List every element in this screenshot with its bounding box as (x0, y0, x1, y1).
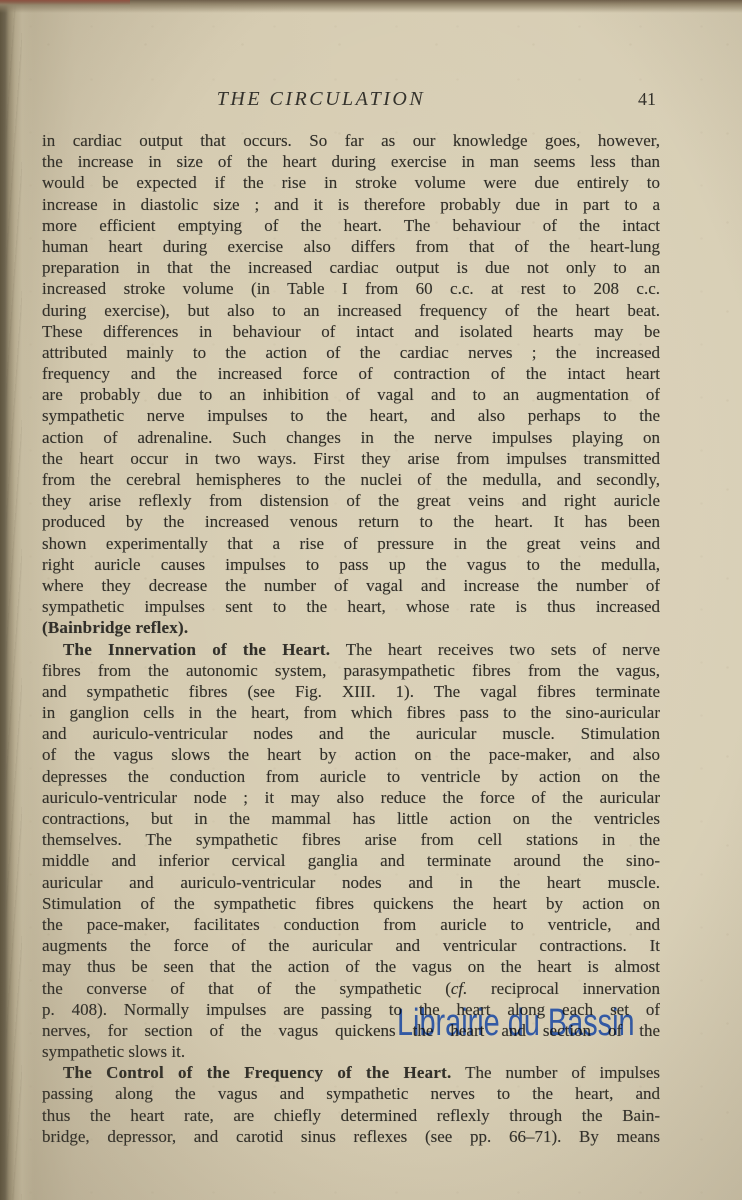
text-line: bridge, depressor, and carotid sinus ref… (42, 1126, 660, 1147)
text-segment: (Bainbridge reflex). (42, 618, 188, 637)
text-line: (Bainbridge reflex). (42, 617, 660, 638)
text-line: attributed mainly to the action of the c… (42, 342, 660, 363)
text-segment: fibres from the autonomic system, parasy… (42, 661, 660, 680)
text-line: action of adrenaline. Such changes in th… (42, 427, 660, 448)
text-line: shown experimentally that a rise of pres… (42, 533, 660, 554)
text-segment: cf. (451, 979, 468, 998)
text-line: auricular and auriculo-ventricular nodes… (42, 872, 660, 893)
text-segment: of the vagus slows the heart by action o… (42, 745, 660, 764)
text-line: may thus be seen that the action of the … (42, 956, 660, 977)
text-line: more efficient emptying of the heart. Th… (42, 215, 660, 236)
text-segment: frequency and the increased force of con… (42, 364, 660, 383)
text-segment: preparation in that the increased cardia… (42, 258, 660, 277)
text-segment: in cardiac output that occurs. So far as… (42, 131, 660, 150)
page-number: 41 (638, 89, 656, 110)
text-segment: contractions, but in the mammal has litt… (42, 809, 660, 828)
text-line: sympathetic impulses sent to the heart, … (42, 596, 660, 617)
text-line: The Control of the Frequency of the Hear… (42, 1062, 660, 1083)
text-segment: shown experimentally that a rise of pres… (42, 534, 660, 553)
text-segment: middle and inferior cervical ganglia and… (42, 851, 660, 870)
text-line: sympathetic nerve impulses to the heart,… (42, 405, 660, 426)
text-line: the increase in size of the heart during… (42, 151, 660, 172)
text-line: augments the force of the auricular and … (42, 935, 660, 956)
text-line: would be expected if the rise in stroke … (42, 172, 660, 193)
text-line: The Innervation of the Heart. The heart … (42, 639, 660, 660)
text-line: the heart occur in two ways. First they … (42, 448, 660, 469)
text-line: depresses the conduction from auricle to… (42, 766, 660, 787)
text-segment: themselves. The sympathetic fibres arise… (42, 830, 660, 849)
text-line: from the cerebral hemispheres to the nuc… (42, 469, 660, 490)
text-segment: human heart during exercise also differs… (42, 237, 660, 256)
text-segment: produced by the increased venous return … (42, 512, 660, 531)
text-segment: action of adrenaline. Such changes in th… (42, 428, 660, 447)
text-line: contractions, but in the mammal has litt… (42, 808, 660, 829)
text-line: frequency and the increased force of con… (42, 363, 660, 384)
text-line: thus the heart rate, are chiefly determi… (42, 1105, 660, 1126)
text-segment: The number of impulses (451, 1063, 660, 1082)
text-segment: more efficient emptying of the heart. Th… (42, 216, 660, 235)
text-segment: from the cerebral hemispheres to the nuc… (42, 470, 660, 489)
text-line: middle and inferior cervical ganglia and… (42, 850, 660, 871)
text-line: fibres from the autonomic system, parasy… (42, 660, 660, 681)
paragraph-control-of-frequency: The Control of the Frequency of the Hear… (42, 1062, 660, 1147)
text-segment: bridge, depressor, and carotid sinus ref… (42, 1127, 660, 1146)
text-segment: the increase in size of the heart during… (42, 152, 660, 171)
text-segment: The Innervation of the Heart. (63, 640, 330, 659)
text-segment: sympathetic impulses sent to the heart, … (42, 597, 660, 616)
text-segment: The heart receives two sets of nerve (330, 640, 660, 659)
text-segment: These differences in behaviour of intact… (42, 322, 660, 341)
paragraph-cardiac-output: in cardiac output that occurs. So far as… (42, 130, 660, 639)
text-segment: the converse of that of the sympathetic … (42, 979, 451, 998)
text-line: Stimulation of the sympathetic fibres qu… (42, 893, 660, 914)
text-segment: auricular and auriculo-ventricular nodes… (42, 873, 660, 892)
text-segment: in ganglion cells in the heart, from whi… (42, 703, 660, 722)
text-line: during exercise), but also to an increas… (42, 300, 660, 321)
book-page-photo: THE CIRCULATION 41 in cardiac output tha… (0, 0, 742, 1200)
text-segment: The Control of the Frequency of the Hear… (63, 1063, 451, 1082)
text-segment: thus the heart rate, are chiefly determi… (42, 1106, 660, 1125)
text-line: themselves. The sympathetic fibres arise… (42, 829, 660, 850)
text-segment: they arise reflexly from distension of t… (42, 491, 660, 510)
text-line: preparation in that the increased cardia… (42, 257, 660, 278)
text-segment: the heart occur in two ways. First they … (42, 449, 660, 468)
text-segment: the pace-maker, facilitates conduction f… (42, 915, 660, 934)
paragraph-innervation-of-the-heart: The Innervation of the Heart. The heart … (42, 639, 660, 1063)
text-segment: may thus be seen that the action of the … (42, 957, 660, 976)
page-content: THE CIRCULATION 41 in cardiac output tha… (42, 88, 660, 1147)
text-segment: right auricle causes impulses to pass up… (42, 555, 660, 574)
running-title: THE CIRCULATION (42, 88, 600, 111)
text-segment: attributed mainly to the action of the c… (42, 343, 660, 362)
bookseller-watermark: Librairie du Bassin (397, 1002, 635, 1045)
text-line: increased stroke volume (in Table I from… (42, 278, 660, 299)
text-line: human heart during exercise also differs… (42, 236, 660, 257)
text-line: in cardiac output that occurs. So far as… (42, 130, 660, 151)
text-segment: would be expected if the rise in stroke … (42, 173, 660, 192)
text-segment: Stimulation of the sympathetic fibres qu… (42, 894, 660, 913)
text-line: where they decrease the number of vagal … (42, 575, 660, 596)
text-line: increase in diastolic size ; and it is t… (42, 194, 660, 215)
text-segment: and sympathetic fibres (see Fig. XIII. 1… (42, 682, 660, 701)
text-segment: augments the force of the auricular and … (42, 936, 660, 955)
text-line: passing along the vagus and sympathetic … (42, 1083, 660, 1104)
text-line: they arise reflexly from distension of t… (42, 490, 660, 511)
text-segment: increase in diastolic size ; and it is t… (42, 195, 660, 214)
text-line: the converse of that of the sympathetic … (42, 978, 660, 999)
text-segment: and auriculo-ventricular nodes and the a… (42, 724, 660, 743)
text-line: in ganglion cells in the heart, from whi… (42, 702, 660, 723)
text-line: and sympathetic fibres (see Fig. XIII. 1… (42, 681, 660, 702)
cover-edge-accent (0, 0, 130, 5)
running-head: THE CIRCULATION 41 (42, 88, 660, 130)
text-segment: reciprocal innervation (467, 979, 660, 998)
text-line: right auricle causes impulses to pass up… (42, 554, 660, 575)
text-line: auriculo-ventricular node ; it may also … (42, 787, 660, 808)
text-segment: are probably due to an inhibition of vag… (42, 385, 660, 404)
text-segment: where they decrease the number of vagal … (42, 576, 660, 595)
text-segment: auriculo-ventricular node ; it may also … (42, 788, 660, 807)
page-edges-texture (6, 0, 22, 1200)
text-segment: depresses the conduction from auricle to… (42, 767, 660, 786)
text-segment: increased stroke volume (in Table I from… (42, 279, 660, 298)
text-line: and auriculo-ventricular nodes and the a… (42, 723, 660, 744)
text-line: These differences in behaviour of intact… (42, 321, 660, 342)
text-line: are probably due to an inhibition of vag… (42, 384, 660, 405)
text-line: of the vagus slows the heart by action o… (42, 744, 660, 765)
text-segment: passing along the vagus and sympathetic … (42, 1084, 660, 1103)
text-segment: sympathetic nerve impulses to the heart,… (42, 406, 660, 425)
text-segment: sympathetic slows it. (42, 1042, 185, 1061)
text-segment: during exercise), but also to an increas… (42, 301, 660, 320)
text-line: the pace-maker, facilitates conduction f… (42, 914, 660, 935)
text-block: in cardiac output that occurs. So far as… (42, 130, 660, 1147)
text-line: produced by the increased venous return … (42, 511, 660, 532)
